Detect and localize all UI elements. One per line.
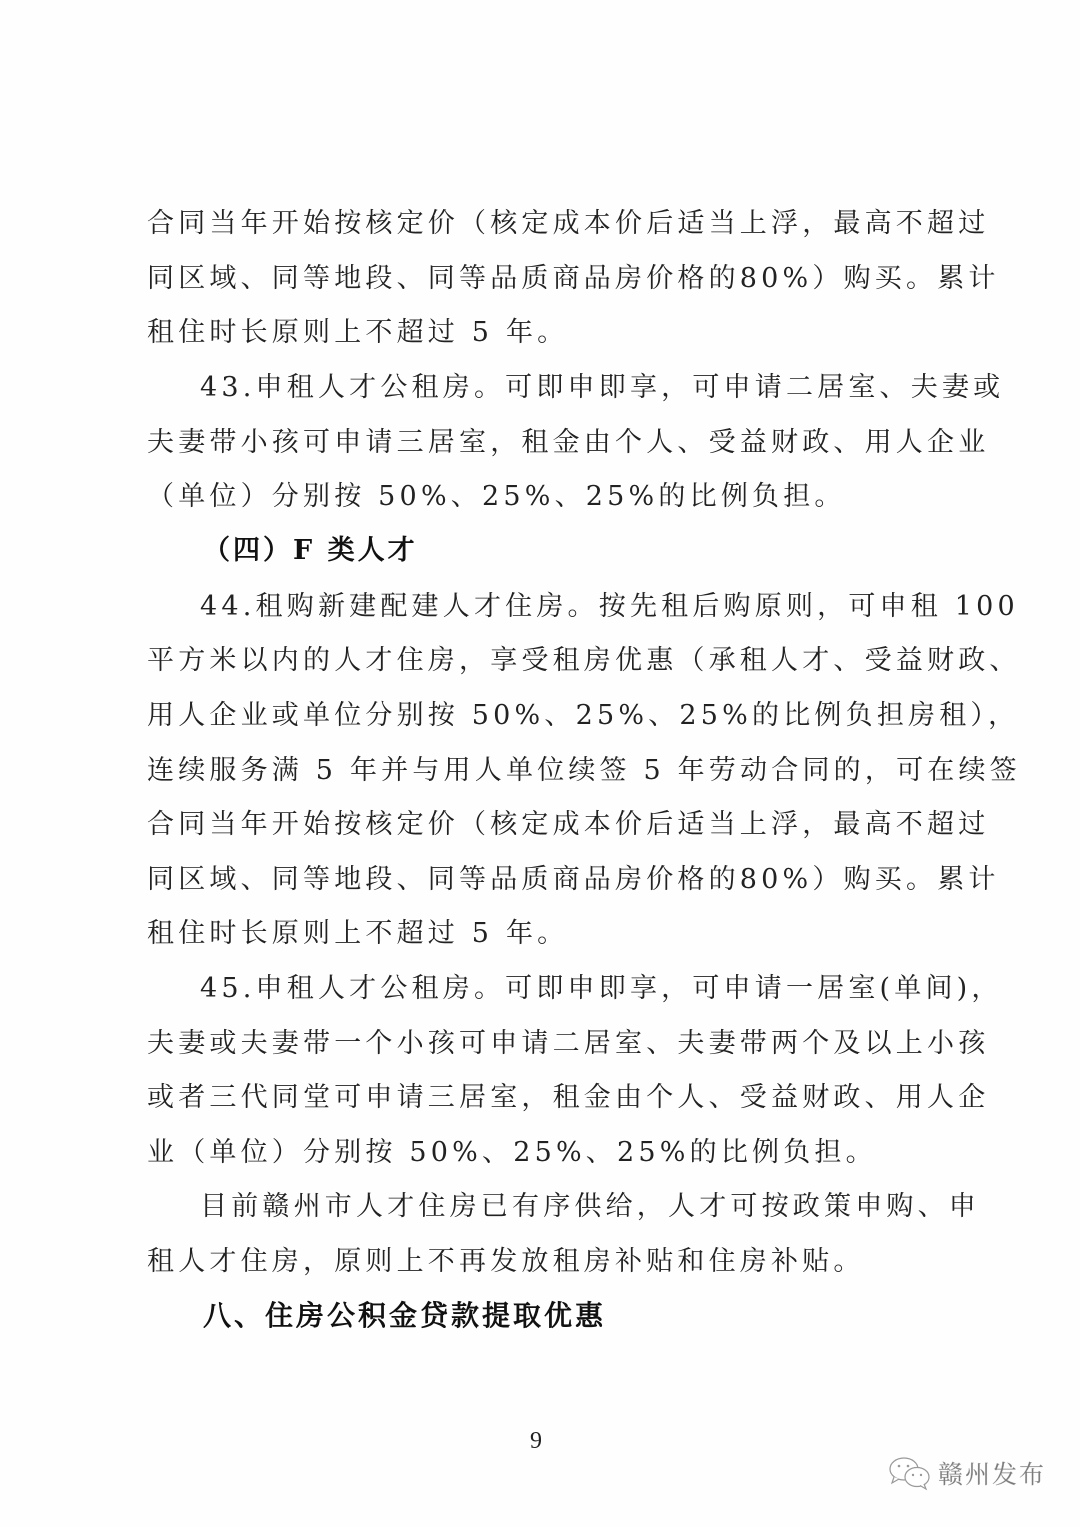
page-number: 9 — [530, 1428, 542, 1455]
watermark-text: 赣州发布 — [938, 1455, 1046, 1491]
item-45-line: 或者三代同堂可申请三居室，租金由个人、受益财政、用人企 — [147, 1078, 937, 1118]
closing-paragraph-line: 目前赣州市人才住房已有序供给，人才可按政策申购、申 — [200, 1187, 937, 1227]
paragraph-line: 合同当年开始按核定价（核定成本价后适当上浮，最高不超过 — [147, 204, 937, 244]
item-44-line: 租住时长原则上不超过 5 年。 — [147, 914, 937, 954]
item-44-line: 平方米以内的人才住房，享受租房优惠（承租人才、受益财政、 — [147, 641, 937, 681]
item-43-line: （单位）分别按 50%、25%、25%的比例负担。 — [147, 477, 937, 517]
item-44-line: 连续服务满 5 年并与用人单位续签 5 年劳动合同的，可在续签 — [147, 751, 937, 791]
item-43-line: 43.申租人才公租房。可即申即享，可申请二居室、夫妻或 — [200, 368, 937, 408]
item-44-line: 用人企业或单位分别按 50%、25%、25%的比例负担房租）， — [147, 696, 937, 736]
item-44-line: 44.租购新建配建人才住房。按先租后购原则，可申租 100 — [200, 587, 937, 627]
closing-paragraph-line: 租人才住房，原则上不再发放租房补贴和住房补贴。 — [147, 1242, 937, 1282]
item-45-line: 夫妻或夫妻带一个小孩可申请二居室、夫妻带两个及以上小孩 — [147, 1024, 937, 1064]
subsection-heading: （四）F 类人才 — [203, 531, 418, 571]
document-page: 合同当年开始按核定价（核定成本价后适当上浮，最高不超过 同区域、同等地段、同等品… — [0, 0, 1080, 1527]
paragraph-line: 租住时长原则上不超过 5 年。 — [147, 313, 937, 353]
section-heading: 八、住房公积金贷款提取优惠 — [203, 1296, 606, 1336]
wechat-icon — [888, 1455, 932, 1491]
item-44-line: 同区域、同等地段、同等品质商品房价格的80%）购买。累计 — [147, 860, 937, 900]
watermark: 赣州发布 — [888, 1455, 1046, 1491]
item-44-line: 合同当年开始按核定价（核定成本价后适当上浮，最高不超过 — [147, 805, 937, 845]
item-43-line: 夫妻带小孩可申请三居室，租金由个人、受益财政、用人企业 — [147, 423, 937, 463]
item-45-line: 45.申租人才公租房。可即申即享，可申请一居室(单间)， — [200, 969, 937, 1009]
item-45-line: 业（单位）分别按 50%、25%、25%的比例负担。 — [147, 1133, 937, 1173]
paragraph-line: 同区域、同等地段、同等品质商品房价格的80%）购买。累计 — [147, 259, 937, 299]
